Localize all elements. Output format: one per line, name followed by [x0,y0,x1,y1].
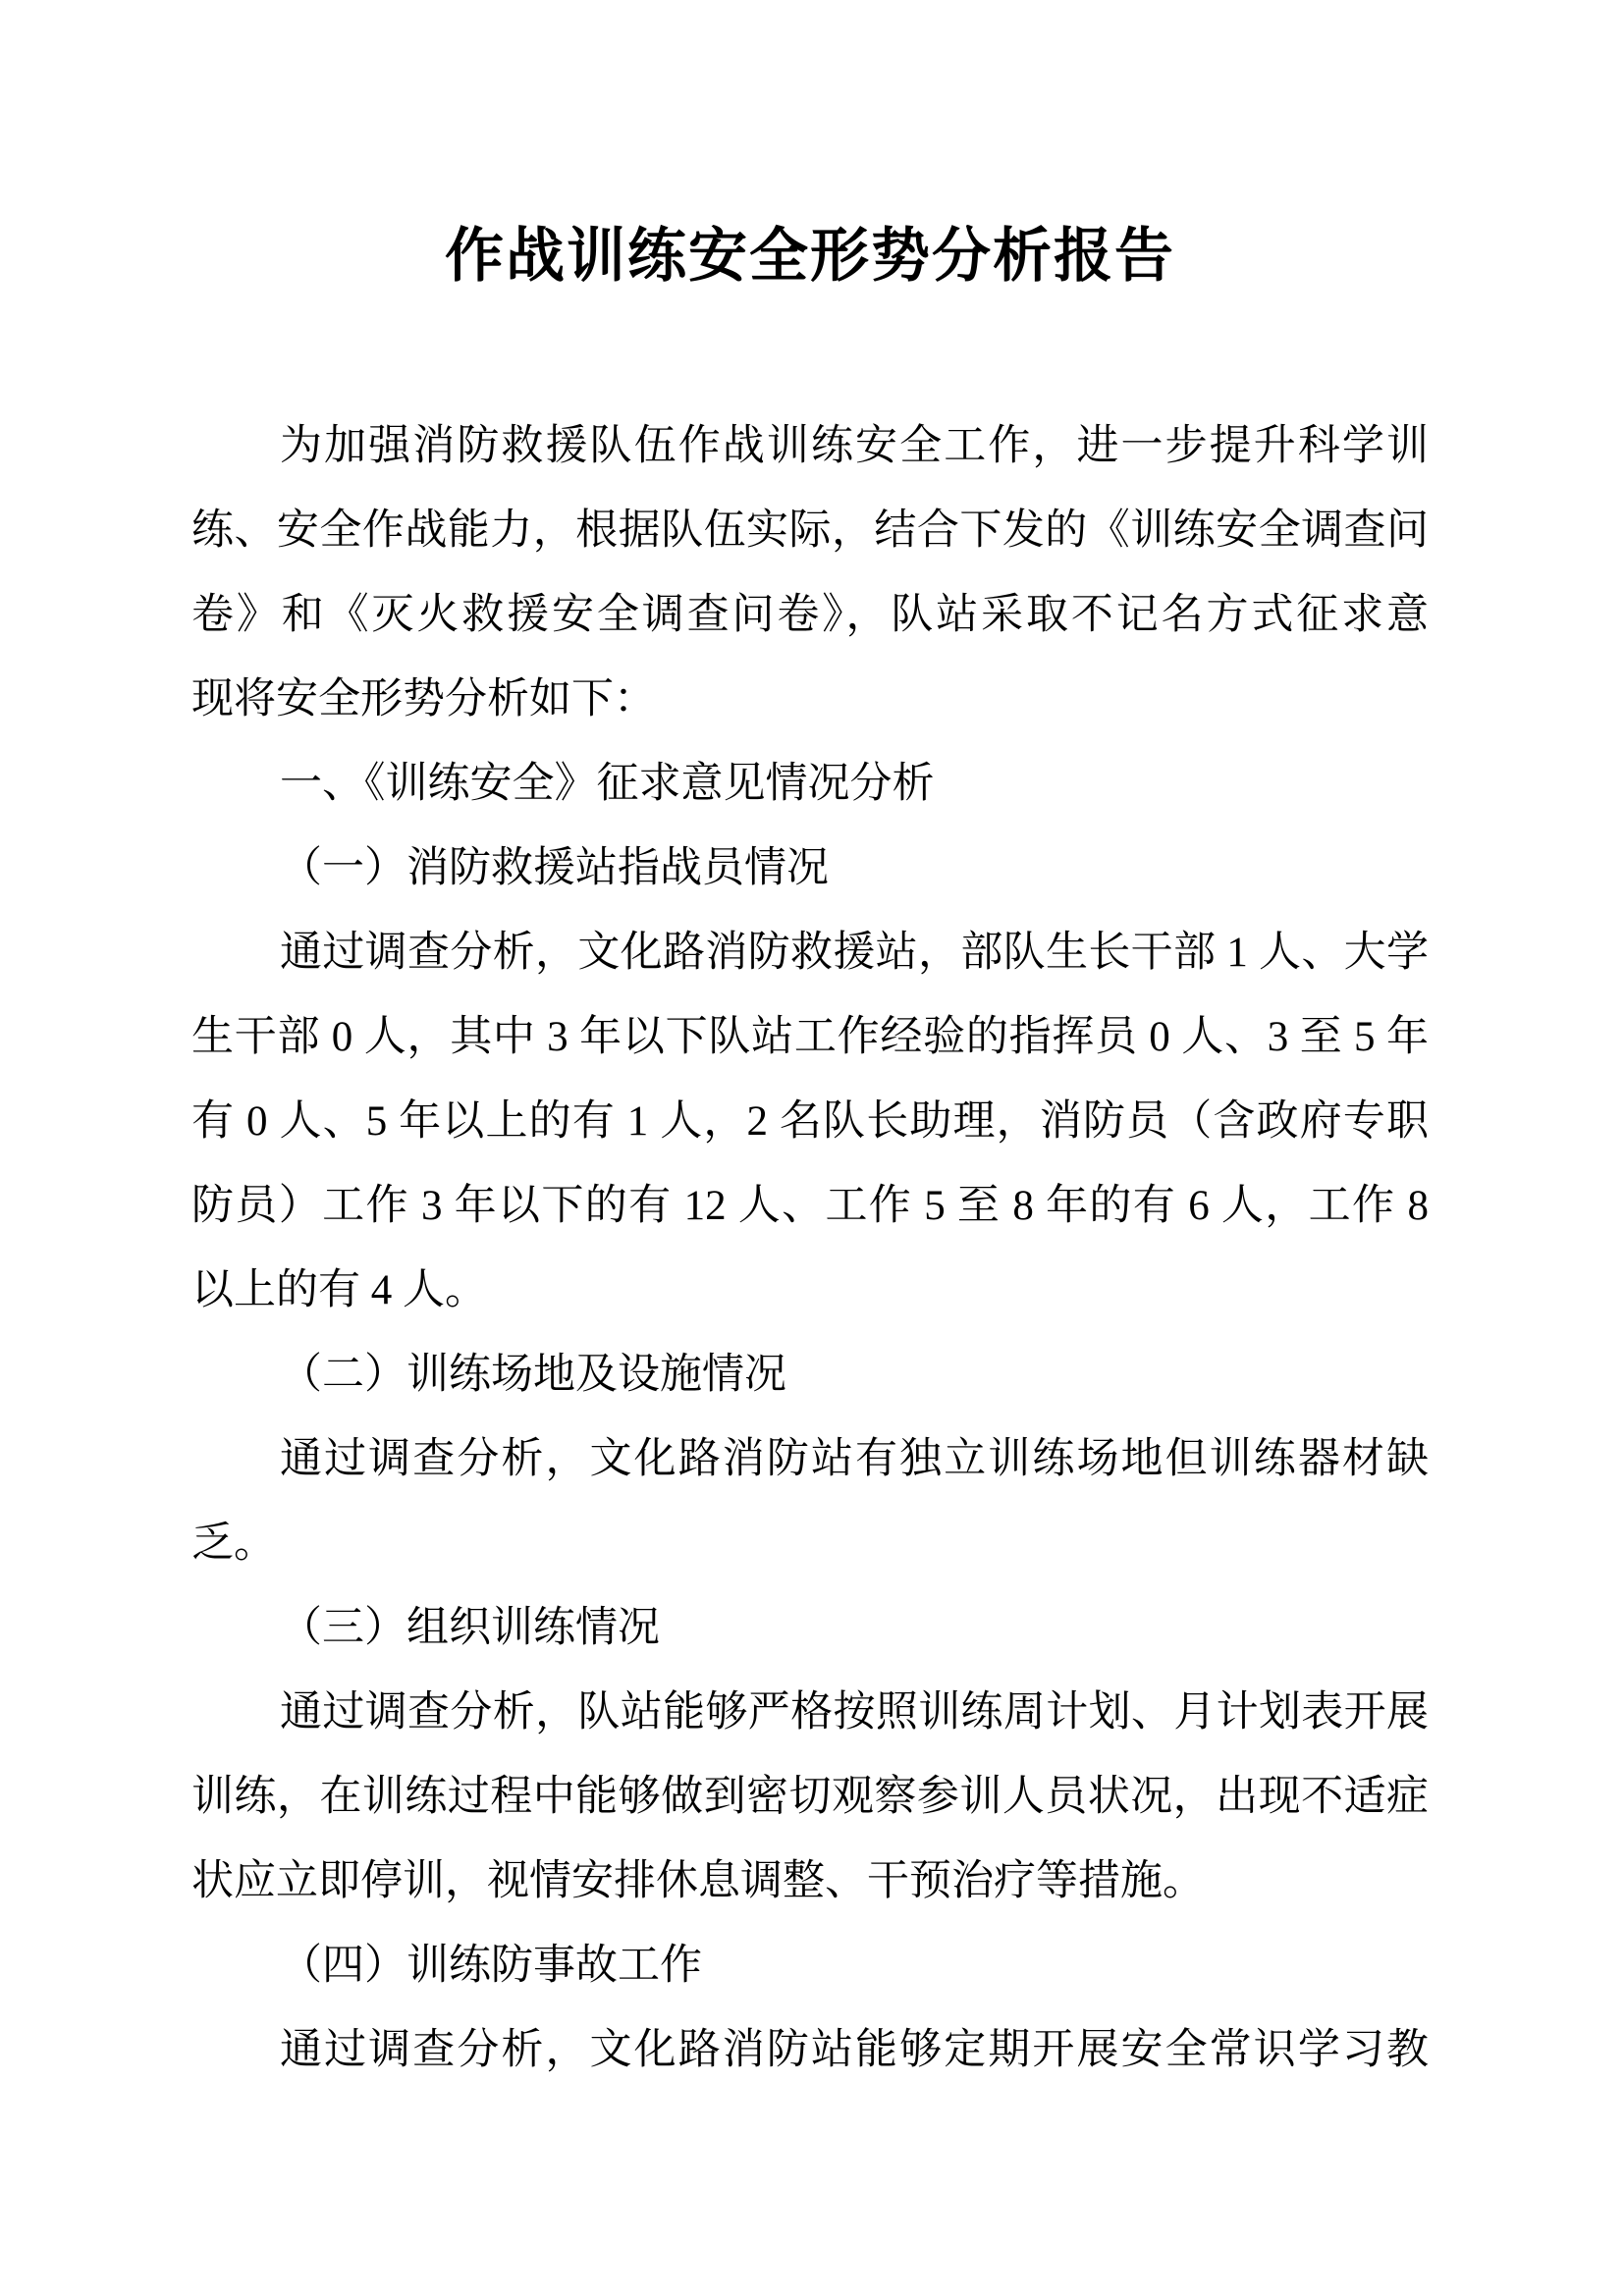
paragraph-line: 乏。 [191,1502,1429,1586]
document-page: 作战训练安全形势分析报告 为加强消防救援队伍作战训练安全工作，进一步提升科学训练… [0,0,1624,2296]
paragraph-line: 现将安全形势分析如下： [191,658,1429,742]
paragraph-line: 通过调查分析，队站能够严格按照训练周计划、月计划表开展 [191,1671,1429,1755]
paragraph-line: 练、安全作战能力，根据队伍实际，结合下发的《训练安全调查问 [191,489,1429,573]
paragraph-line: 训练，在训练过程中能够做到密切观察参训人员状况，出现不适症 [191,1755,1429,1840]
paragraph-line: 卷》和《灭火救援安全调查问卷》，队站采取不记名方式征求意见， [191,573,1429,658]
document-title: 作战训练安全形势分析报告 [191,214,1429,298]
section-heading: 一、《训练安全》征求意见情况分析 [191,742,1429,827]
paragraph-line: 防员）工作 3 年以下的有 12 人、工作 5 至 8 年的有 6 人，工作 8… [191,1164,1429,1249]
paragraph-line: 通过调查分析，文化路消防站能够定期开展安全常识学习教 [191,2008,1429,2093]
paragraph-line: 生干部 0 人，其中 3 年以下队站工作经验的指挥员 0 人、3 至 5 年 [191,995,1429,1080]
paragraph-line: 有 0 人、5 年以上的有 1 人，2 名队长助理，消防员（含政府专职消 [191,1080,1429,1164]
section-heading: （二）训练场地及设施情况 [191,1333,1429,1417]
section-heading: （四）训练防事故工作 [191,1924,1429,2008]
paragraph-line: 状应立即停训，视情安排休息调整、干预治疗等措施。 [191,1840,1429,1924]
paragraph-line: 通过调查分析，文化路消防站有独立训练场地但训练器材缺 [191,1417,1429,1502]
paragraph-line: 通过调查分析，文化路消防救援站，部队生长干部 1 人、大学 [191,911,1429,995]
document-body: 为加强消防救援队伍作战训练安全工作，进一步提升科学训练、安全作战能力，根据队伍实… [191,404,1429,2093]
section-heading: （一）消防救援站指战员情况 [191,827,1429,911]
paragraph-line: 为加强消防救援队伍作战训练安全工作，进一步提升科学训 [191,404,1429,489]
paragraph-line: 以上的有 4 人。 [191,1249,1429,1333]
section-heading: （三）组织训练情况 [191,1586,1429,1671]
